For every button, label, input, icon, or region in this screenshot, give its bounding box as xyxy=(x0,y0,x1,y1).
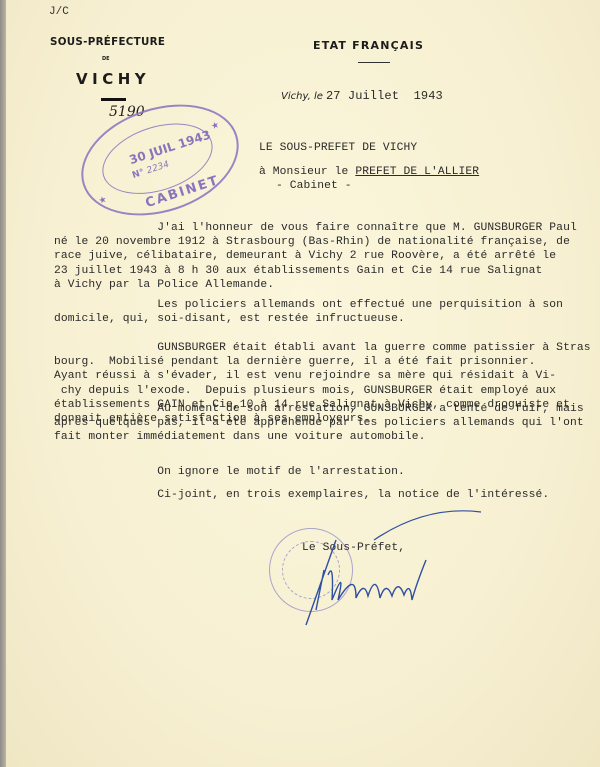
body-line: Ayant réussi à s'évader, il est venu rej… xyxy=(54,370,556,382)
body-line: Au moment de son arrestation, GUNSBURGER… xyxy=(54,403,584,415)
body-line: domicile, qui, soi-disant, est restée in… xyxy=(54,313,405,325)
letter-page: J/C SOUS-PRÉFECTURE DE VICHY 5190 ETAT F… xyxy=(6,0,600,767)
date-place: Vichy, le xyxy=(281,91,323,102)
recipient-department: - Cabinet - xyxy=(276,180,352,192)
city-heading: VICHY xyxy=(76,70,150,88)
body-line: chy depuis l'exode. Depuis plusieurs moi… xyxy=(54,385,556,397)
recipient-line: à Monsieur le PREFET DE L'ALLIER xyxy=(259,166,479,178)
body-line: né le 20 novembre 1912 à Strasbourg (Bas… xyxy=(54,236,570,248)
body-line: Les policiers allemands ont effectué une… xyxy=(54,299,563,311)
office-de: DE xyxy=(102,56,110,62)
state-rule xyxy=(358,62,390,63)
reference-initials: J/C xyxy=(49,6,69,18)
body-line: J'ai l'honneur de vous faire connaître q… xyxy=(54,222,577,234)
letter-date: 27 Juillet 1943 xyxy=(326,89,443,103)
body-line: race juive, célibataire, demeurant à Vic… xyxy=(54,250,556,262)
recipient-name: PREFET DE L'ALLIER xyxy=(355,166,479,178)
body-line: On ignore le motif de l'arrestation. xyxy=(54,466,405,478)
stamp-star-right-icon: ★ xyxy=(210,120,221,132)
sender-line: LE SOUS-PREFET DE VICHY xyxy=(259,142,417,154)
heading-rule xyxy=(101,98,126,101)
office-heading: SOUS-PRÉFECTURE xyxy=(50,36,165,48)
state-heading: ETAT FRANÇAIS xyxy=(313,39,424,52)
body-line: à Vichy par la Police Allemande. xyxy=(54,279,274,291)
body-line: bourg. Mobilisé pendant la dernière guer… xyxy=(54,356,536,368)
body-line: GUNSBURGER était établi avant la guerre … xyxy=(54,342,591,354)
stamp-star-left-icon: ★ xyxy=(97,195,108,207)
body-line: après quelques pas, il a été appréhendé … xyxy=(54,417,584,429)
body-line: 23 juillet 1943 à 8 h 30 aux établisseme… xyxy=(54,265,542,277)
body-line: fait monter immédiatement dans une voitu… xyxy=(54,431,425,443)
handwritten-signature xyxy=(276,500,496,630)
recipient-prefix: à Monsieur le xyxy=(259,166,355,178)
received-stamp: 30 JUIL 1943 N° 2234 CABINET ★ ★ xyxy=(67,86,253,235)
